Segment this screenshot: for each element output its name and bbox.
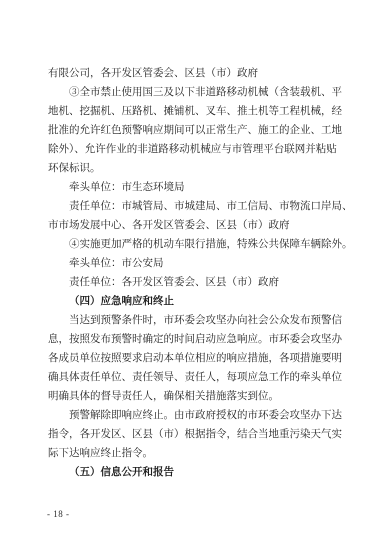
text-line: 市市场发展中心、各开发区管委会、区县（市）政府: [48, 216, 346, 235]
text-line: 环保标识。: [48, 159, 346, 178]
text-line: 牵头单位：市公安局: [48, 254, 346, 273]
text-line: 息，按照发布预警时确定的时间启动应急响应。市环委会攻坚办: [48, 330, 346, 349]
text-line: 确具体责任单位、责任领导、责任人，每项应急工作的牵头单位: [48, 368, 346, 387]
text-line: 有限公司，各开发区管委会、区县（市）政府: [48, 64, 346, 83]
document-body: 有限公司，各开发区管委会、区县（市）政府③全市禁止使用国三及以下非道路移动机械（…: [48, 64, 346, 482]
text-line: ④实施更加严格的机动车限行措施，特殊公共保障车辆除外。: [48, 235, 346, 254]
text-line: 牵头单位：市生态环境局: [48, 178, 346, 197]
text-line: 预警解除即响应终止。由市政府授权的市环委会攻坚办下达: [48, 406, 346, 425]
text-line: 责任单位：各开发区管委会、区县（市）政府: [48, 273, 346, 292]
text-line: 际下达响应终止指令。: [48, 444, 346, 463]
section-heading: （五）信息公开和报告: [48, 463, 346, 482]
text-line: ③全市禁止使用国三及以下非道路移动机械（含装载机、平: [48, 83, 346, 102]
text-line: 当达到预警条件时，市环委会攻坚办向社会公众发布预警信: [48, 311, 346, 330]
text-line: 除外）、允许作业的非道路移动机械应与市管理平台联网并粘贴: [48, 140, 346, 159]
text-line: 明确具体的督导责任人，确保相关措施落实到位。: [48, 387, 346, 406]
text-line: 责任单位：市城管局、市城建局、市工信局、市物流口岸局、: [48, 197, 346, 216]
text-line: 批准的允许红色预警响应期间可以正常生产、施工的企业、工地: [48, 121, 346, 140]
text-line: 地机、挖掘机、压路机、摊铺机、叉车、推土机等工程机械，经: [48, 102, 346, 121]
text-line: 各成员单位按照要求启动本单位相应的响应措施，各项措施要明: [48, 349, 346, 368]
section-heading: （四）应急响应和终止: [48, 292, 346, 311]
text-line: 指令，各开发区、区县（市）根据指令，结合当地重污染天气实: [48, 425, 346, 444]
page-number: - 18 -: [47, 509, 70, 519]
document-page: 有限公司，各开发区管委会、区县（市）政府③全市禁止使用国三及以下非道路移动机械（…: [0, 0, 390, 551]
